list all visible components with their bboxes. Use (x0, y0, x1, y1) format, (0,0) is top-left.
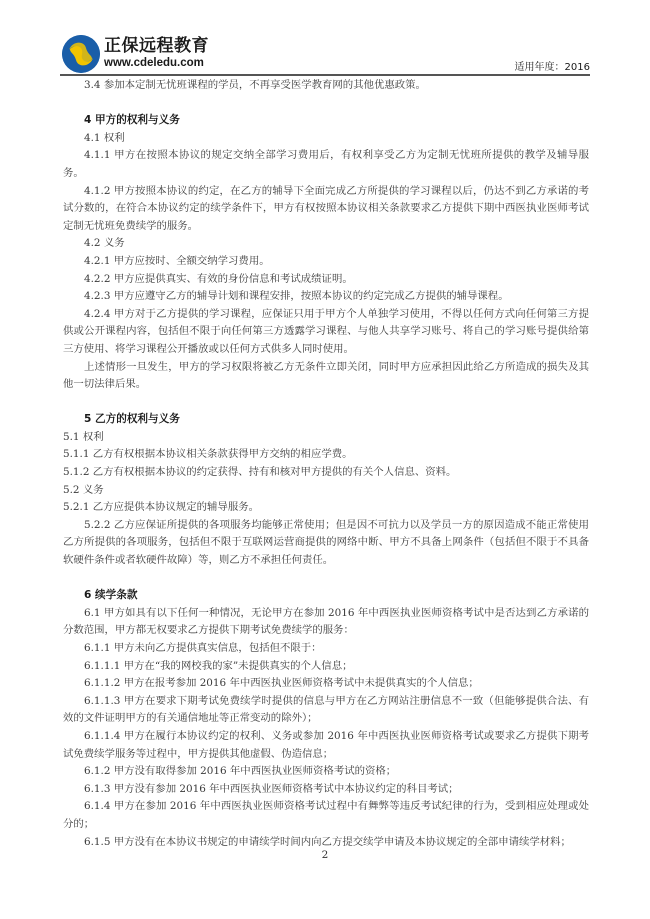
applicable-year-label: 适用年度：2016 (515, 62, 590, 74)
clause-6-1-1-2: 6.1.1.2 甲方在报考参加 2016 年中西医执业医师资格考试中未提供真实的… (63, 675, 589, 693)
brand-url: www.cdeledu.com (104, 57, 204, 70)
section-6-heading: 6 续学条款 (63, 587, 589, 605)
clause-5-2-1: 5.2.1 乙方应提供本协议规定的辅导服务。 (63, 499, 589, 517)
clause-5-2: 5.2 义务 (63, 482, 589, 500)
clause-6-1-1-1: 6.1.1.1 甲方在“我的网校我的家”未提供真实的个人信息； (63, 658, 589, 676)
spacer (63, 570, 589, 588)
section-4-heading: 4 甲方的权利与义务 (63, 112, 589, 130)
clause-4-2-2: 4.2.2 甲方应提供真实、有效的身份信息和考试成绩证明。 (63, 271, 589, 289)
clause-6-1-4: 6.1.4 甲方在参加 2016 年中西医执业医师资格考试过程中有舞弊等违反考试… (63, 798, 589, 833)
clause-4-2: 4.2 义务 (63, 235, 589, 253)
brand-name: 正保远程教育 (104, 36, 209, 56)
clause-4-1-1: 4.1.1 甲方在按照本协议的规定交纳全部学习费用后，有权利享受乙方为定制无忧班… (63, 147, 589, 182)
clause-6-1: 6.1 甲方如具有以下任何一种情况，无论甲方在参加 2016 年中西医执业医师资… (63, 605, 589, 640)
spacer (63, 394, 589, 412)
clause-5-1-2: 5.1.2 乙方有权根据本协议的约定获得、持有和核对甲方提供的有关个人信息、资料… (63, 464, 589, 482)
clause-6-1-1-3: 6.1.1.3 甲方在要求下期考试免费续学时提供的信息与甲方在乙方网站注册信息不… (63, 693, 589, 728)
clause-4-1: 4.1 权利 (63, 130, 589, 148)
spacer (63, 95, 589, 113)
clause-4-1-2: 4.1.2 甲方按照本协议的约定，在乙方的辅导下全面完成乙方所提供的学习课程以后… (63, 183, 589, 236)
clause-6-1-2: 6.1.2 甲方没有取得参加 2016 年中西医执业医师资格考试的资格； (63, 763, 589, 781)
header-divider (60, 74, 590, 76)
clause-5-2-2: 5.2.2 乙方应保证所提供的各项服务均能够正常使用；但是因不可抗力以及学员一方… (63, 517, 589, 570)
document-body: 3.4 参加本定制无忧班课程的学员，不再享受医学教育网的其他优惠政策。 4 甲方… (63, 77, 589, 851)
clause-3-4: 3.4 参加本定制无忧班课程的学员，不再享受医学教育网的其他优惠政策。 (63, 77, 589, 95)
clause-5-1-1: 5.1.1 乙方有权根据本协议相关条款获得甲方交纳的相应学费。 (63, 446, 589, 464)
clause-4-2-1: 4.2.1 甲方应按时、全额交纳学习费用。 (63, 253, 589, 271)
clause-5-1: 5.1 权利 (63, 429, 589, 447)
clause-6-1-1: 6.1.1 甲方未向乙方提供真实信息，包括但不限于： (63, 640, 589, 658)
clause-4-2-4: 4.2.4 甲方对于乙方提供的学习课程，应保证只用于甲方个人单独学习使用，不得以… (63, 306, 589, 359)
clause-6-1-3: 6.1.3 甲方没有参加 2016 年中西医执业医师资格考试中本协议约定的科目考… (63, 781, 589, 799)
page-number: 2 (0, 849, 650, 861)
clause-4-2-3: 4.2.3 甲方应遵守乙方的辅导计划和课程安排，按照本协议的约定完成乙方提供的辅… (63, 288, 589, 306)
clause-4-2-4-consequence: 上述情形一旦发生，甲方的学习权限将被乙方无条件立即关闭，同时甲方应承担因此给乙方… (63, 359, 589, 394)
clause-6-1-1-4: 6.1.1.4 甲方在履行本协议约定的权利、义务或参加 2016 年中西医执业医… (63, 728, 589, 763)
page-header: 正保远程教育 www.cdeledu.com 适用年度：2016 (60, 35, 590, 77)
section-5-heading: 5 乙方的权利与义务 (63, 411, 589, 429)
cdeledu-logo-icon (62, 35, 100, 73)
